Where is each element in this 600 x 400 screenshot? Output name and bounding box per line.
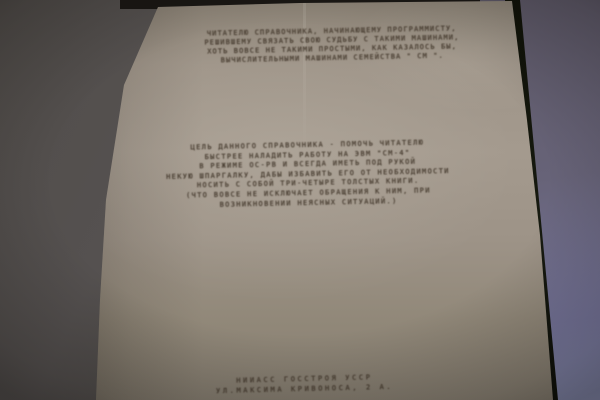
book-photo: ЧИТАТЕЛЮ СПРАВОЧНИКА, НАЧИНАЮЩЕМУ ПРОГРА…	[0, 0, 600, 400]
publisher-address: НИИАСС ГОССТРОЯ УССР УЛ.МАКСИМА КРИВОНОС…	[172, 371, 437, 397]
purpose-paragraph: ЦЕЛЬ ДАННОГО СПРАВОЧНИКА - ПОМОЧЬ ЧИТАТЕ…	[147, 138, 468, 212]
paper-crease	[303, 0, 306, 160]
dedication-paragraph: ЧИТАТЕЛЮ СПРАВОЧНИКА, НАЧИНАЮЩЕМУ ПРОГРА…	[182, 24, 483, 66]
